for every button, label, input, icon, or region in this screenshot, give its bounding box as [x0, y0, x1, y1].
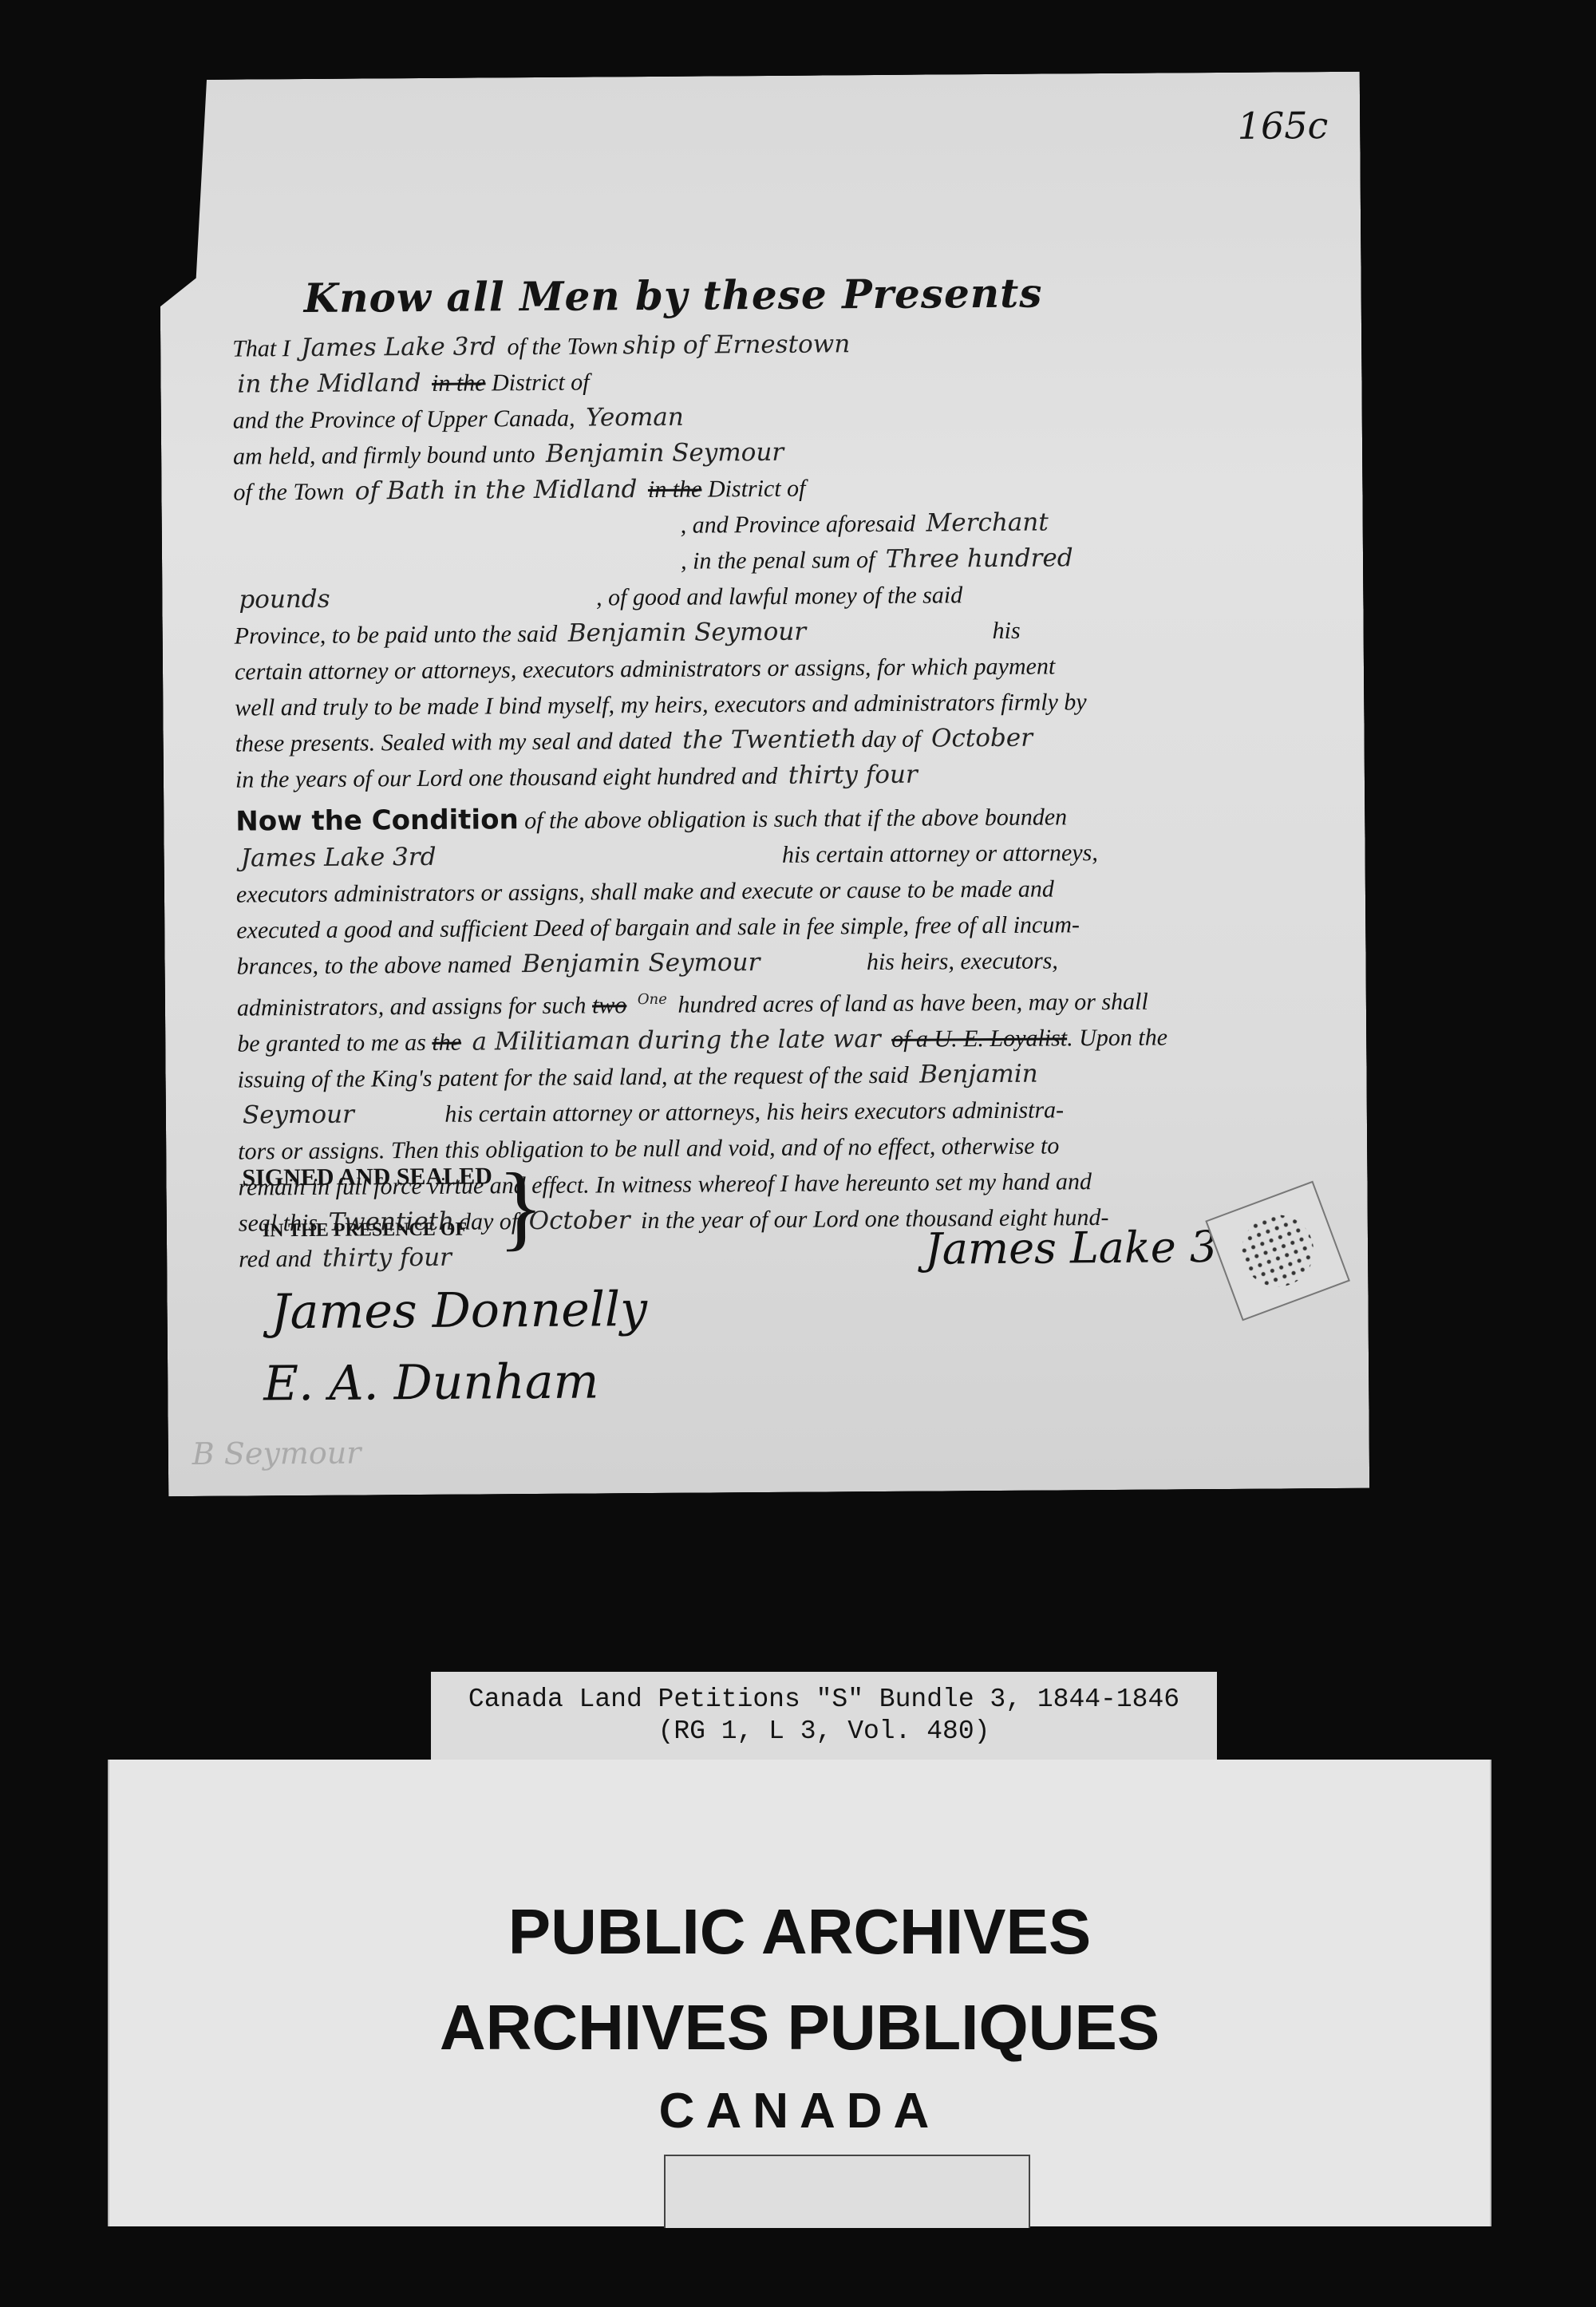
handwritten-text: October	[926, 724, 1037, 753]
condition-heading: Now the Condition	[235, 804, 519, 837]
handwritten-text: thirty four	[784, 760, 922, 790]
handwritten-text: James Lake 3rd	[236, 843, 441, 873]
printed-text: his certain attorney or attorneys, his h…	[365, 1096, 1064, 1128]
printed-text: issuing of the King's patent for the sai…	[237, 1062, 908, 1093]
printed-text: , of good and lawful money of the said	[341, 582, 962, 612]
folio-number: 165c	[1238, 104, 1329, 148]
handwritten-text: Benjamin Seymour	[517, 948, 765, 978]
in-presence-of-label: IN THE PRESENCE OF	[263, 1219, 467, 1242]
printed-text: District of	[492, 369, 590, 397]
printed-text: his heirs, executors,	[771, 947, 1058, 976]
printed-text: hundred acres of land as have been, may …	[678, 989, 1148, 1018]
archive-card: PUBLIC ARCHIVES ARCHIVES PUBLIQUES CANAD…	[108, 1760, 1491, 2226]
printed-text: District of	[708, 476, 806, 503]
handwritten-text: of Bath in the Midland	[350, 475, 642, 506]
printed-text: in the years of our Lord one thousand ei…	[235, 763, 778, 793]
bond-document: 165c Know all Men by these Presents That…	[159, 72, 1369, 1496]
handwritten-insertion: One	[633, 991, 672, 1008]
catalog-label: Canada Land Petitions "S" Bundle 3, 1844…	[431, 1672, 1217, 1768]
printed-text: day of	[861, 726, 920, 753]
printed-text: his	[816, 618, 1020, 646]
bond-body: That I James Lake 3rd of the Township of…	[232, 323, 1308, 1277]
printed-text: , and Province aforesaid	[681, 511, 916, 539]
handwritten-text: pounds	[234, 585, 334, 614]
witness-signature: James Donnelly	[271, 1282, 647, 1340]
printed-text: That I	[232, 335, 290, 362]
brace-icon: }	[497, 1159, 543, 1254]
struck-text: in the	[432, 369, 486, 396]
card-tab	[664, 2155, 1030, 2228]
signed-and-sealed-label: SIGNED AND SEALED	[242, 1163, 492, 1191]
handwritten-text: thirty four	[318, 1243, 456, 1273]
struck-text: of a U. E. Loyalist	[891, 1025, 1067, 1053]
struck-text: two	[592, 992, 627, 1018]
printed-text: administrators, and assigns for such	[237, 993, 587, 1021]
printed-text: be granted to me as	[237, 1029, 426, 1057]
printed-text: am held, and firmly bound unto	[233, 441, 535, 470]
handwritten-text: James Lake 3rd	[296, 332, 501, 362]
condition-line: be granted to me as the a Militiaman dur…	[237, 1018, 1306, 1061]
handwritten-text: Yeoman	[581, 403, 689, 433]
printed-text: of the Town	[233, 479, 344, 506]
handwritten-text: Benjamin Seymour	[541, 438, 789, 468]
bond-line: in the years of our Lord one thousand ei…	[235, 754, 1305, 797]
struck-text: the	[432, 1029, 461, 1056]
printed-text: brances, to the above named	[236, 951, 511, 979]
handwritten-text: ship of Ernestown	[618, 330, 855, 360]
handwritten-text: Benjamin Seymour	[563, 618, 812, 648]
archive-country: CANADA	[109, 2083, 1490, 2139]
printed-text: . Upon the	[1067, 1024, 1167, 1051]
printed-text: of the Town	[507, 333, 618, 360]
printed-text: red and	[239, 1246, 312, 1273]
printed-text: these presents. Sealed with my seal and …	[235, 728, 672, 757]
faint-annotation: B Seymour	[192, 1436, 361, 1472]
catalog-label-line1: Canada Land Petitions "S" Bundle 3, 1844…	[431, 1684, 1217, 1716]
condition-line: administrators, and assigns for such two…	[237, 977, 1306, 1025]
printed-text: his certain attorney or attorneys,	[447, 839, 1098, 871]
witness-signature: E. A. Dunham	[263, 1353, 599, 1412]
handwritten-text: Merchant	[921, 508, 1053, 537]
archive-title-fr: ARCHIVES PUBLIQUES	[109, 1991, 1490, 2064]
catalog-label-line2: (RG 1, L 3, Vol. 480)	[431, 1716, 1217, 1748]
printed-text: of the above obligation is such that if …	[524, 804, 1067, 834]
struck-text: in the	[648, 476, 702, 503]
printed-text: and the Province of Upper Canada,	[233, 405, 575, 434]
handwritten-text: a Militiaman during the late war	[467, 1025, 885, 1057]
handwritten-text: Benjamin	[915, 1060, 1043, 1089]
document-heading: Know all Men by these Presents	[304, 270, 1043, 322]
handwritten-text: in the Midland	[232, 369, 425, 399]
printed-text: Province, to be paid unto the said	[235, 621, 558, 650]
archive-title-en: PUBLIC ARCHIVES	[109, 1895, 1490, 1969]
handwritten-text: Seymour	[238, 1100, 359, 1130]
handwritten-text: the Twentieth	[678, 725, 861, 755]
handwritten-text: Three hundred	[881, 543, 1078, 574]
printed-text: , in the penal sum of	[681, 547, 875, 575]
